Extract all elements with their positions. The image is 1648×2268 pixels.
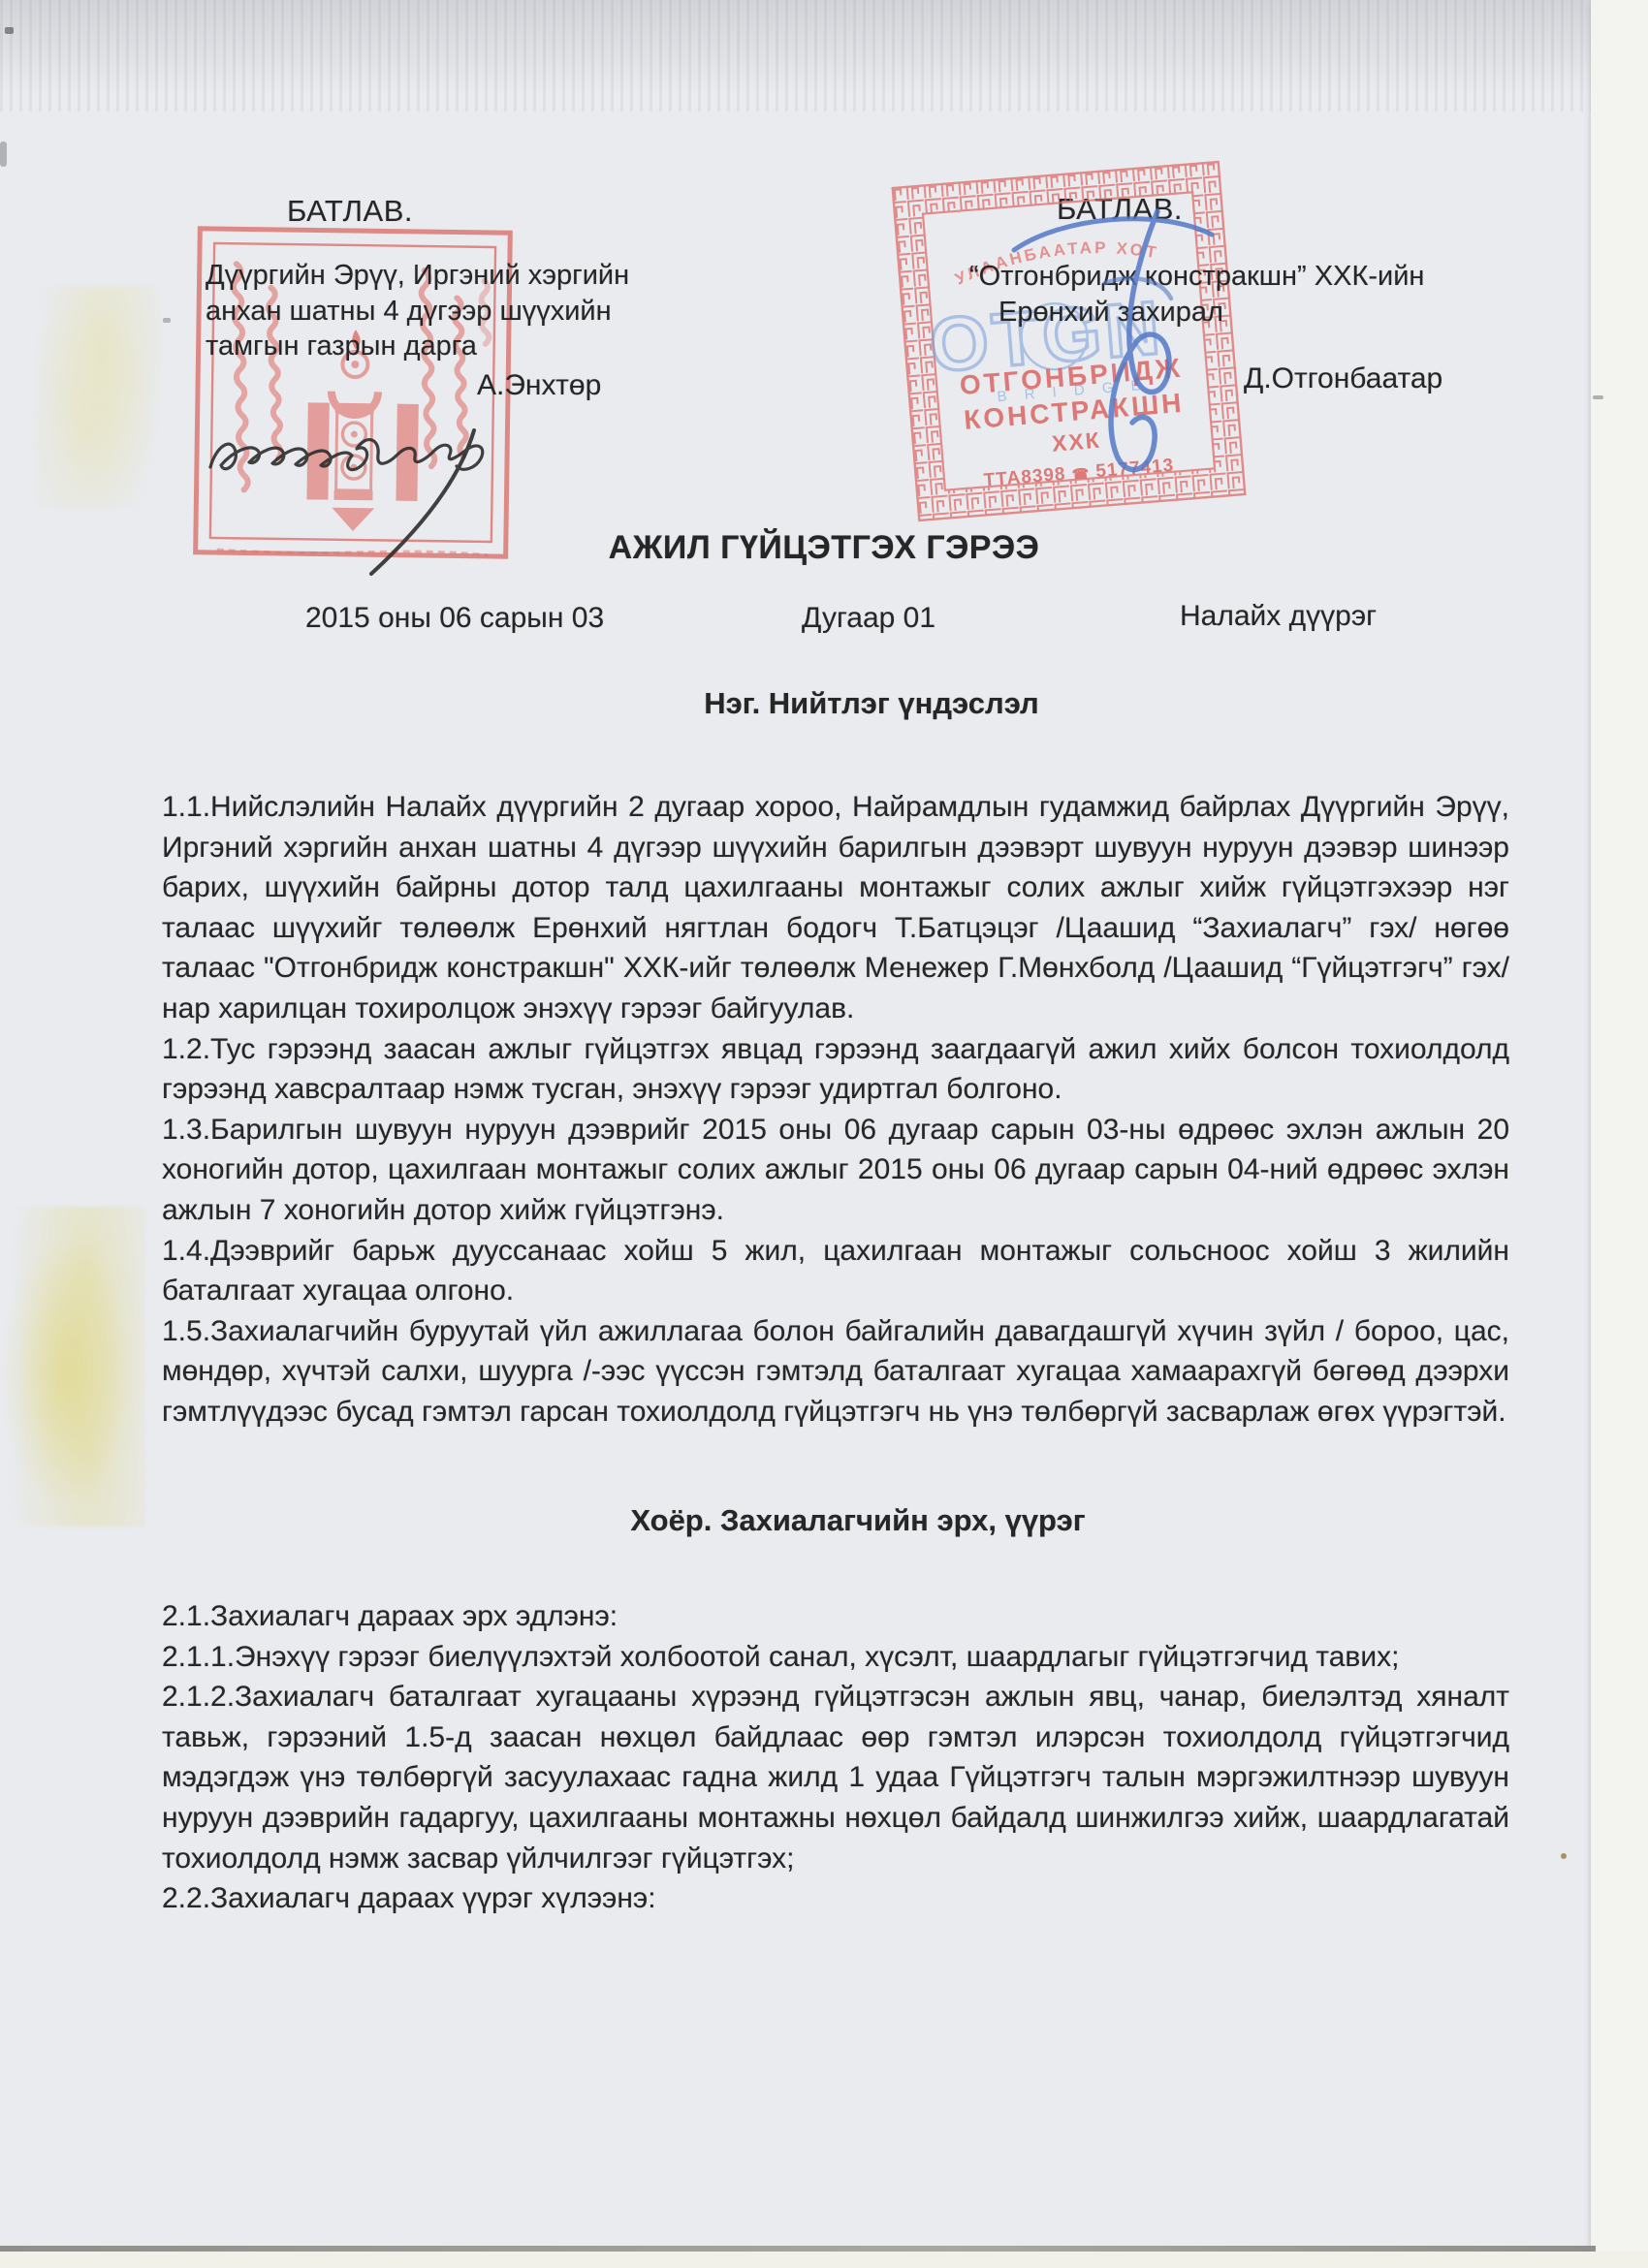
scanner-streaks	[0, 0, 1648, 111]
scanner-background	[0, 2252, 1648, 2268]
clause-1-1: 1.1.Нийслэлийн Налайх дүүргийн 2 дугаар …	[162, 787, 1509, 1029]
clause-2-1: 2.1.Захиалагч дараах эрх эдлэнэ:	[162, 1596, 1509, 1637]
signature-right	[981, 190, 1252, 481]
signer-name-left: А.Энхтөр	[477, 369, 601, 402]
edge-speck	[0, 142, 7, 167]
section-1-body: 1.1.Нийслэлийн Налайх дүүргийн 2 дугаар …	[162, 787, 1509, 1433]
paper-stain	[0, 1207, 145, 1527]
clause-2-2: 2.2.Захиалагч дараах үүрэг хүлээнэ:	[162, 1878, 1509, 1919]
org-line: Дүүргийн Эрүү, Иргэний хэргийн	[206, 258, 661, 294]
org-line: анхан шатны 4 дүгээр шүүхийн	[206, 294, 661, 330]
edge-speck	[1561, 1853, 1567, 1859]
paper-right-edge	[1591, 0, 1648, 2268]
clause-1-2: 1.2.Тус гэрээнд заасан ажлыг гүйцэтгэх я…	[162, 1029, 1509, 1110]
document-location: Налайх дүүрэг	[1180, 600, 1377, 633]
edge-speck	[5, 27, 14, 34]
document-number: Дугаар 01	[802, 602, 935, 635]
clause-1-3: 1.3.Барилгын шувуун нуруун дээврийг 2015…	[162, 1110, 1509, 1231]
scanned-contract-page: БАТЛАВ.	[0, 0, 1648, 2268]
section-1-heading: Нэг. Нийтлэг үндэслэл	[165, 686, 1545, 721]
document-title: АЖИЛ ГҮЙЦЭТГЭХ ГЭРЭЭ	[0, 529, 1648, 567]
document-date: 2015 оны 06 сарын 03	[305, 602, 604, 635]
edge-speck	[1593, 395, 1603, 399]
org-line: тамгын газрын дарга	[206, 329, 661, 364]
clause-2-1-1: 2.1.1.Энэхүү гэрээг биелүүлэхтэй холбоот…	[162, 1637, 1509, 1678]
clause-2-1-2: 2.1.2.Захиалагч баталгаат хугацааны хүрэ…	[162, 1677, 1509, 1878]
section-2-body: 2.1.Захиалагч дараах эрх эдлэнэ: 2.1.1.Э…	[162, 1596, 1509, 1919]
section-2-heading: Хоёр. Захиалагчийн эрх, үүрэг	[165, 1503, 1532, 1538]
paper-stain	[35, 286, 161, 509]
edge-speck	[163, 318, 171, 323]
clause-1-5: 1.5.Захиалагчийн буруутай үйл ажиллагаа …	[162, 1311, 1509, 1433]
approver-org-left: Дүүргийн Эрүү, Иргэний хэргийн анхан шат…	[206, 258, 661, 364]
clause-1-4: 1.4.Дээврийг барьж дууссанаас хойш 5 жил…	[162, 1231, 1509, 1311]
signer-name-right: Д.Отгонбаатар	[1244, 362, 1442, 395]
